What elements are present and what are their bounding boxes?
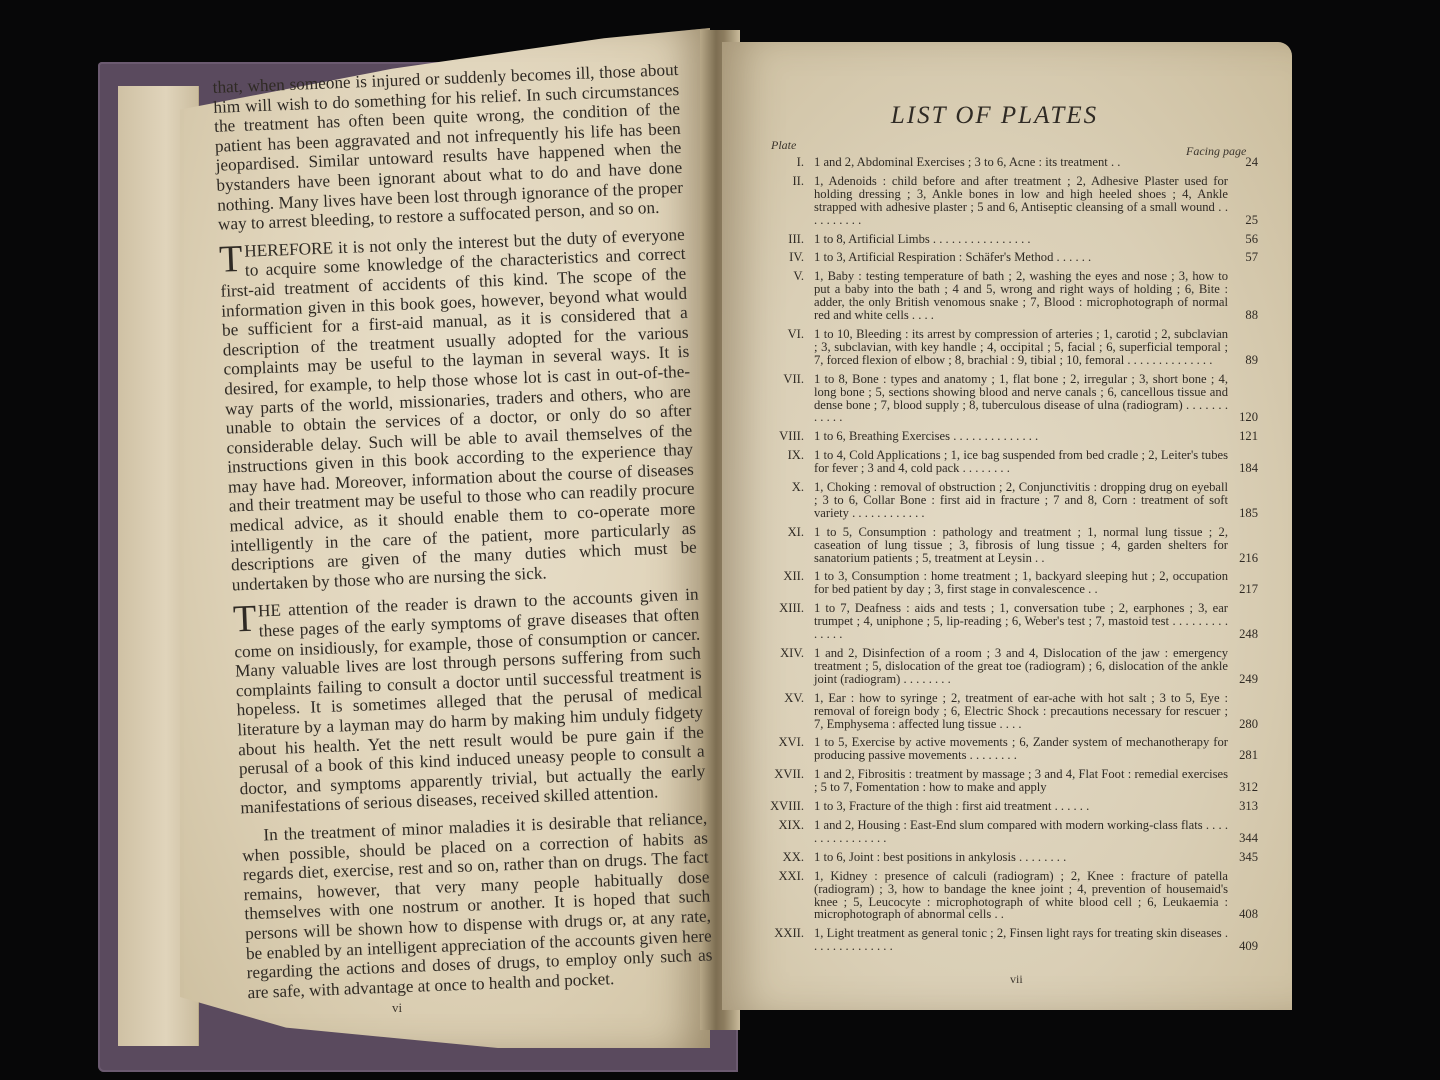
plate-description: 1 and 2, Fibrositis : treatment by massa…: [814, 768, 1228, 794]
facing-page-number: 344: [1228, 832, 1258, 845]
plate-description: 1, Kidney : presence of calculi (radiogr…: [814, 870, 1228, 922]
paragraph-text: In the treatment of minor maladies it is…: [242, 808, 713, 1002]
lead-word: HEREFORE: [244, 238, 333, 260]
plate-entry: XX.1 to 6, Joint : best positions in ank…: [766, 851, 1258, 864]
plate-entry: XIX.1 and 2, Housing : East-End slum com…: [766, 819, 1258, 845]
plate-entry: VI.1 to 10, Bleeding : its arrest by com…: [766, 328, 1258, 367]
facing-page-number: 217: [1228, 583, 1258, 596]
plate-number: XXI.: [766, 870, 814, 883]
plate-description: 1 to 8, Artificial Limbs . . . . . . . .…: [814, 233, 1228, 246]
facing-page-number: 121: [1228, 430, 1258, 443]
plate-description: 1 to 8, Bone : types and anatomy ; 1, fl…: [814, 373, 1228, 425]
plate-entry: XXII.1, Light treatment as general tonic…: [766, 927, 1258, 953]
facing-page-number: 89: [1228, 354, 1258, 367]
plate-number: III.: [766, 233, 814, 246]
plate-number: XVII.: [766, 768, 814, 781]
plate-number: XIX.: [766, 819, 814, 832]
paragraph-3: THE attention of the reader is drawn to …: [233, 585, 707, 818]
paragraph-2: THEREFORE it is not only the interest bu…: [219, 225, 698, 595]
facing-page-number: 120: [1228, 411, 1258, 424]
facing-page-number: 184: [1228, 462, 1258, 475]
plate-number: VI.: [766, 328, 814, 341]
plate-entry: VIII.1 to 6, Breathing Exercises . . . .…: [766, 430, 1258, 443]
plate-description: 1, Baby : testing temperature of bath ; …: [814, 270, 1228, 322]
facing-page-number: 280: [1228, 718, 1258, 731]
plate-entry: X.1, Choking : removal of obstruction ; …: [766, 481, 1258, 520]
facing-page-number: 56: [1228, 233, 1258, 246]
plate-entry: XII.1 to 3, Consumption : home treatment…: [766, 570, 1258, 596]
facing-page-number: 281: [1228, 749, 1258, 762]
facing-page-number: 409: [1228, 940, 1258, 953]
plate-number: IV.: [766, 251, 814, 264]
facing-page-number: 248: [1228, 628, 1258, 641]
page-title: LIST OF PLATES: [722, 102, 1267, 130]
plate-number: XIV.: [766, 647, 814, 660]
plate-number: XXII.: [766, 927, 814, 940]
plate-description: 1 to 4, Cold Applications ; 1, ice bag s…: [814, 449, 1228, 475]
plate-description: 1 to 6, Joint : best positions in ankylo…: [814, 851, 1228, 864]
plate-description: 1, Adenoids : child before and after tre…: [814, 175, 1228, 227]
plate-description: 1 to 3, Consumption : home treatment ; 1…: [814, 570, 1228, 596]
plate-number: XVIII.: [766, 800, 814, 813]
plate-description: 1 to 3, Fracture of the thigh : first ai…: [814, 800, 1228, 813]
facing-page-number: 25: [1228, 214, 1258, 227]
preface-text: that, when someone is injured or suddenl…: [212, 60, 713, 1011]
plate-entry: IX.1 to 4, Cold Applications ; 1, ice ba…: [766, 449, 1258, 475]
facing-page-number: 249: [1228, 673, 1258, 686]
plate-number: XI.: [766, 526, 814, 539]
facing-page-number: 216: [1228, 552, 1258, 565]
plate-description: 1 to 5, Exercise by active movements ; 6…: [814, 736, 1228, 762]
plate-entry: XV.1, Ear : how to syringe ; 2, treatmen…: [766, 692, 1258, 731]
plate-description: 1, Light treatment as general tonic ; 2,…: [814, 927, 1228, 953]
plate-description: 1 and 2, Housing : East-End slum compare…: [814, 819, 1228, 845]
plate-entry: XIV.1 and 2, Disinfection of a room ; 3 …: [766, 647, 1258, 686]
plate-number: I.: [766, 156, 814, 169]
paragraph-4: In the treatment of minor maladies it is…: [241, 808, 713, 1002]
facing-page-number: 24: [1228, 156, 1258, 169]
plate-number: IX.: [766, 449, 814, 462]
plate-number: XX.: [766, 851, 814, 864]
plate-description: 1 and 2, Abdominal Exercises ; 3 to 6, A…: [814, 156, 1228, 169]
page-number-right: vii: [1010, 972, 1023, 987]
plate-entry: XIII.1 to 7, Deafness : aids and tests ;…: [766, 602, 1258, 641]
drop-cap: T: [233, 604, 257, 635]
lead-word: HE: [258, 601, 282, 621]
plate-description: 1 and 2, Disinfection of a room ; 3 and …: [814, 647, 1228, 686]
facing-page-number: 88: [1228, 309, 1258, 322]
plate-entry: V.1, Baby : testing temperature of bath …: [766, 270, 1258, 322]
paragraph-text: it is not only the interest but the duty…: [220, 225, 697, 595]
plate-description: 1 to 3, Artificial Respiration : Schäfer…: [814, 251, 1228, 264]
plate-entry: XXI.1, Kidney : presence of calculi (rad…: [766, 870, 1258, 922]
page-number-left: vi: [392, 1000, 402, 1016]
plate-number: VII.: [766, 373, 814, 386]
plates-list: I.1 and 2, Abdominal Exercises ; 3 to 6,…: [766, 156, 1258, 959]
plate-description: 1, Ear : how to syringe ; 2, treatment o…: [814, 692, 1228, 731]
plate-number: II.: [766, 175, 814, 188]
plate-description: 1, Choking : removal of obstruction ; 2,…: [814, 481, 1228, 520]
plate-entry: XI.1 to 5, Consumption : pathology and t…: [766, 526, 1258, 565]
column-header-plate: Plate: [771, 138, 796, 153]
plate-entry: III.1 to 8, Artificial Limbs . . . . . .…: [766, 233, 1258, 246]
plate-description: 1 to 7, Deafness : aids and tests ; 1, c…: [814, 602, 1228, 641]
facing-page-number: 345: [1228, 851, 1258, 864]
facing-page-number: 408: [1228, 908, 1258, 921]
facing-page-number: 57: [1228, 251, 1258, 264]
plate-number: XIII.: [766, 602, 814, 615]
plate-number: XVI.: [766, 736, 814, 749]
plate-entry: XVII.1 and 2, Fibrositis : treatment by …: [766, 768, 1258, 794]
plate-entry: I.1 and 2, Abdominal Exercises ; 3 to 6,…: [766, 156, 1258, 169]
plate-number: V.: [766, 270, 814, 283]
paragraph-text: that, when someone is injured or suddenl…: [212, 60, 683, 234]
plate-number: VIII.: [766, 430, 814, 443]
facing-page-number: 185: [1228, 507, 1258, 520]
plate-description: 1 to 6, Breathing Exercises . . . . . . …: [814, 430, 1228, 443]
plate-number: XV.: [766, 692, 814, 705]
paragraph-1: that, when someone is injured or suddenl…: [212, 60, 684, 235]
plate-entry: XVI.1 to 5, Exercise by active movements…: [766, 736, 1258, 762]
plate-entry: VII.1 to 8, Bone : types and anatomy ; 1…: [766, 373, 1258, 425]
plate-entry: II.1, Adenoids : child before and after …: [766, 175, 1258, 227]
plate-entry: IV.1 to 3, Artificial Respiration : Schä…: [766, 251, 1258, 264]
facing-page-number: 312: [1228, 781, 1258, 794]
paragraph-text: attention of the reader is drawn to the …: [234, 585, 706, 818]
facing-page-number: 313: [1228, 800, 1258, 813]
plate-number: X.: [766, 481, 814, 494]
plate-description: 1 to 5, Consumption : pathology and trea…: [814, 526, 1228, 565]
plate-description: 1 to 10, Bleeding : its arrest by compre…: [814, 328, 1228, 367]
plate-entry: XVIII.1 to 3, Fracture of the thigh : fi…: [766, 800, 1258, 813]
drop-cap: T: [219, 244, 243, 275]
plate-number: XII.: [766, 570, 814, 583]
